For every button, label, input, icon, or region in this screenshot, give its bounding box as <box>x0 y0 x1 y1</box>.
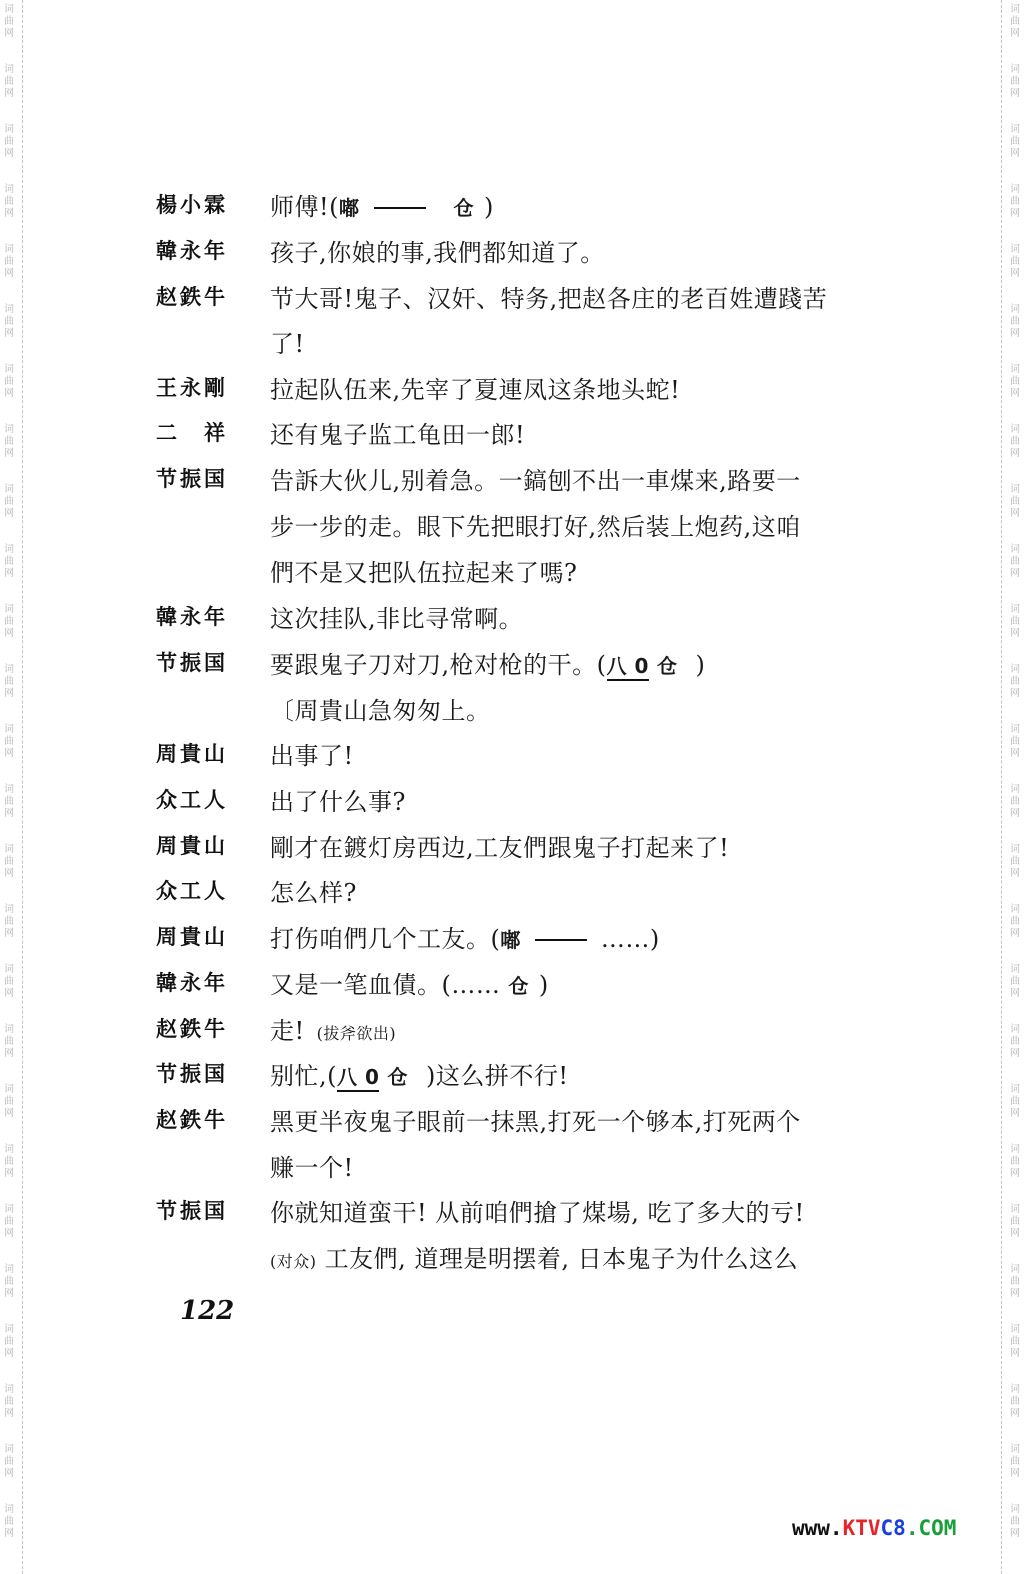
watermark-char: 网 <box>1006 268 1024 280</box>
watermark-char: 曲 <box>0 916 18 928</box>
watermark-char: 曲 <box>1006 616 1024 628</box>
percussion-cue: 仓 <box>657 654 678 678</box>
watermark-char: 网 <box>0 568 18 580</box>
watermark-char: 曲 <box>1006 496 1024 508</box>
watermark-char: 词 <box>0 64 18 76</box>
watermark-char: 词 <box>0 1444 18 1456</box>
watermark-char: 曲 <box>1006 436 1024 448</box>
watermark-char: 曲 <box>0 1276 18 1288</box>
watermark-text: 词曲网 <box>0 1084 18 1120</box>
watermark-char: 词 <box>1006 604 1024 616</box>
watermark-char: 网 <box>1006 148 1024 160</box>
watermark-char: 词 <box>0 1324 18 1336</box>
percussion-cue: 仓 <box>387 1065 408 1089</box>
watermark-char: 曲 <box>1006 136 1024 148</box>
watermark-char: 曲 <box>0 1396 18 1408</box>
watermark-text: 词曲网 <box>0 244 18 280</box>
watermark-char: 曲 <box>0 676 18 688</box>
dialogue-text: 了! <box>270 324 305 359</box>
dialogue-content: 剛才在鍍灯房西边,工友們跟鬼子打起来了! <box>270 834 729 862</box>
watermark-char: 网 <box>0 388 18 400</box>
dialogue-content: 师傅!( <box>270 193 339 221</box>
watermark-char: 网 <box>1006 1168 1024 1180</box>
watermark-char: 曲 <box>1006 196 1024 208</box>
watermark-text: 词曲网 <box>0 364 18 400</box>
watermark-char: 词 <box>1006 664 1024 676</box>
watermark-char: 网 <box>0 928 18 940</box>
watermark-char: 曲 <box>0 256 18 268</box>
watermark-char: 词 <box>0 904 18 916</box>
watermark-char: 网 <box>0 748 18 760</box>
stage-direction: (拔斧欲出) <box>317 1024 397 1043</box>
watermark-char: 网 <box>0 1048 18 1060</box>
watermark-text: 词曲网 <box>0 64 18 100</box>
watermark-text: 词曲网 <box>0 1444 18 1480</box>
watermark-text: 词曲网 <box>0 1384 18 1420</box>
watermark-text: 词曲网 <box>1006 244 1024 280</box>
watermark-char: 词 <box>1006 484 1024 496</box>
dialogue-content: 还有鬼子监工龟田一郎! <box>270 421 525 449</box>
watermark-char: 网 <box>0 868 18 880</box>
watermark-char: 曲 <box>0 436 18 448</box>
watermark-char: 网 <box>0 448 18 460</box>
watermark-char: 网 <box>1006 328 1024 340</box>
percussion-cue: 嘟 <box>339 196 360 220</box>
speaker-name: 赵鉄牛 <box>156 1013 246 1043</box>
watermark-char: 词 <box>1006 1324 1024 1336</box>
watermark-char: 词 <box>1006 1144 1024 1156</box>
dialogue-text: 节大哥!鬼子、汉奸、特务,把赵各庄的老百姓遭踐苦 <box>270 279 827 314</box>
watermark-text: 词曲网 <box>0 844 18 880</box>
watermark-char: 词 <box>0 724 18 736</box>
page-number: 122 <box>180 1296 234 1326</box>
watermark-char: 曲 <box>1006 1156 1024 1168</box>
watermark-text: 词曲网 <box>1006 364 1024 400</box>
watermark-char: 曲 <box>0 1096 18 1108</box>
dialogue-close: ) <box>484 193 494 221</box>
dialogue-close: ) <box>687 651 705 679</box>
watermark-char: 词 <box>0 184 18 196</box>
watermark-text: 词曲网 <box>1006 1324 1024 1360</box>
watermark-char: 曲 <box>1006 1096 1024 1108</box>
watermark-text: 词曲网 <box>0 4 18 40</box>
speaker-name: 众工人 <box>156 784 246 814</box>
watermark-text: 词曲网 <box>0 904 18 940</box>
watermark-char: 词 <box>1006 4 1024 16</box>
watermark-char: 网 <box>1006 208 1024 220</box>
speaker-name: 韓永年 <box>156 967 246 997</box>
dialogue-content: 工友們, 道理是明摆着, 日本鬼子为什么这么 <box>317 1245 799 1273</box>
watermark-char: 词 <box>0 844 18 856</box>
watermark-char: 词 <box>0 1024 18 1036</box>
watermark-text: 词曲网 <box>0 124 18 160</box>
watermark-char: 曲 <box>1006 1396 1024 1408</box>
watermark-char: 词 <box>1006 544 1024 556</box>
watermark-char: 曲 <box>1006 976 1024 988</box>
watermark-char: 曲 <box>1006 1456 1024 1468</box>
watermark-text: 词曲网 <box>1006 304 1024 340</box>
watermark-char: 词 <box>1006 124 1024 136</box>
watermark-char: 曲 <box>1006 1216 1024 1228</box>
watermark-char: 网 <box>1006 748 1024 760</box>
watermark-text: 词曲网 <box>1006 604 1024 640</box>
speaker-name: 赵鉄牛 <box>156 281 246 311</box>
watermark-char: 网 <box>1006 1468 1024 1480</box>
speaker-name: 楊小霖 <box>156 189 246 219</box>
watermark-text: 词曲网 <box>0 184 18 220</box>
watermark-text: 词曲网 <box>1006 484 1024 520</box>
watermark-char: 网 <box>0 328 18 340</box>
watermark-text: 词曲网 <box>0 1264 18 1300</box>
speaker-name: 赵鉄牛 <box>156 1104 246 1134</box>
watermark-char: 词 <box>0 604 18 616</box>
dialogue-content: 出了什么事? <box>270 788 406 816</box>
dialogue-text: 步一步的走。眼下先把眼打好,然后装上炮药,这咱 <box>270 507 801 542</box>
dialogue-text: 别忙,(八 0仓 )这么拼不行! <box>270 1056 569 1091</box>
watermark-char: 词 <box>0 4 18 16</box>
watermark-text: 词曲网 <box>1006 1384 1024 1420</box>
speaker-name: 二 祥 <box>156 417 246 447</box>
speaker-name: 韓永年 <box>156 601 246 631</box>
watermark-text: 词曲网 <box>0 784 18 820</box>
watermark-char: 网 <box>1006 1348 1024 1360</box>
watermark-text: 词曲网 <box>1006 184 1024 220</box>
watermark-char: 词 <box>1006 1204 1024 1216</box>
dialogue-text: 孩子,你娘的事,我們都知道了。 <box>270 233 605 268</box>
watermark-char: 网 <box>0 688 18 700</box>
dialogue-close: )这么拼不行! <box>418 1062 569 1090</box>
watermark-char: 曲 <box>0 316 18 328</box>
watermark-char: 词 <box>1006 964 1024 976</box>
watermark-char: 网 <box>0 628 18 640</box>
watermark-text: 词曲网 <box>0 664 18 700</box>
watermark-char: 曲 <box>1006 316 1024 328</box>
watermark-text: 词曲网 <box>0 484 18 520</box>
watermark-char: 曲 <box>0 1036 18 1048</box>
watermark-text: 词曲网 <box>1006 964 1024 1000</box>
watermark-char: 曲 <box>0 736 18 748</box>
dialogue-text: 出了什么事? <box>270 782 406 817</box>
dialogue-content: 要跟鬼子刀对刀,枪对枪的干。( <box>270 651 607 679</box>
watermark-char: 曲 <box>0 376 18 388</box>
watermark-char: 词 <box>0 1264 18 1276</box>
dialogue-text: 〔周貴山急匆匆上。 <box>270 691 491 726</box>
watermark-text: 词曲网 <box>1006 1084 1024 1120</box>
watermark-text: 词曲网 <box>1006 904 1024 940</box>
watermark-text: 词曲网 <box>0 964 18 1000</box>
watermark-char: 词 <box>1006 244 1024 256</box>
watermark-char: 词 <box>1006 1084 1024 1096</box>
watermark-char: 网 <box>0 1228 18 1240</box>
watermark-char: 词 <box>1006 1444 1024 1456</box>
watermark-char: 网 <box>0 988 18 1000</box>
watermark-char: 词 <box>1006 1264 1024 1276</box>
dialogue-text: 这次挂队,非比寻常啊。 <box>270 599 523 634</box>
dialogue-content: 告訴大伙儿,别着急。一鎬刨不出一車煤来,路要一 <box>270 467 801 495</box>
dialogue-text: (对众) 工友們, 道理是明摆着, 日本鬼子为什么这么 <box>270 1239 798 1274</box>
dialogue-content: 怎么样? <box>270 879 357 907</box>
watermark-char: 曲 <box>1006 856 1024 868</box>
percussion-cue-underlined: 八 0 <box>337 1065 379 1092</box>
watermark-text: 词曲网 <box>1006 784 1024 820</box>
watermark-char: 曲 <box>1006 376 1024 388</box>
dialogue-content: 了! <box>270 330 305 358</box>
speaker-name: 节振国 <box>156 647 246 677</box>
watermark-char: 网 <box>0 268 18 280</box>
dialogue-content: 打伤咱們几个工友。( <box>270 925 500 953</box>
watermark-char: 曲 <box>0 136 18 148</box>
watermark-char: 网 <box>0 508 18 520</box>
watermark-char: 网 <box>1006 1108 1024 1120</box>
speaker-name: 周貴山 <box>156 921 246 951</box>
speaker-name: 众工人 <box>156 875 246 905</box>
dialogue-content: 黑更半夜鬼子眼前一抹黑,打死一个够本,打死两个 <box>270 1108 801 1136</box>
watermark-text: 词曲网 <box>1006 544 1024 580</box>
dialogue-text: 黑更半夜鬼子眼前一抹黑,打死一个够本,打死两个 <box>270 1102 801 1137</box>
dialogue-content: 又是一笔血債。(…… <box>270 971 500 999</box>
dialogue-content: 們不是又把队伍拉起来了嗎? <box>270 559 577 587</box>
dialogue-content: 你就知道蛮干! 从前咱們搶了煤場, 吃了多大的亏! <box>270 1199 805 1227</box>
speaker-name: 节振国 <box>156 463 246 493</box>
watermark-char: 曲 <box>1006 676 1024 688</box>
dialogue-text: 师傅!(嘟仓) <box>270 187 494 222</box>
watermark-char: 曲 <box>1006 1276 1024 1288</box>
dialogue-content: 步一步的走。眼下先把眼打好,然后装上炮药,这咱 <box>270 513 801 541</box>
dialogue-content: 走! <box>270 1017 305 1045</box>
watermark-char: 词 <box>0 304 18 316</box>
watermark-char: 曲 <box>0 1336 18 1348</box>
dialogue-content: 孩子,你娘的事,我們都知道了。 <box>270 239 605 267</box>
watermark-text: 词曲网 <box>1006 124 1024 160</box>
watermark-char: 曲 <box>1006 1036 1024 1048</box>
watermark-char: 词 <box>0 784 18 796</box>
watermark-char: 词 <box>1006 1504 1024 1516</box>
watermark-char: 网 <box>1006 388 1024 400</box>
dialogue-text: 剛才在鍍灯房西边,工友們跟鬼子打起来了! <box>270 828 729 863</box>
watermark-text: 词曲网 <box>1006 844 1024 880</box>
watermark-text: 词曲网 <box>1006 1024 1024 1060</box>
watermark-char: 网 <box>1006 448 1024 460</box>
dialogue-content: 赚一个! <box>270 1154 354 1182</box>
watermark-char: 网 <box>0 1468 18 1480</box>
dialogue-text: 們不是又把队伍拉起来了嗎? <box>270 553 577 588</box>
watermark-char: 曲 <box>0 556 18 568</box>
watermark-text: 词曲网 <box>0 304 18 340</box>
watermark-char: 网 <box>1006 628 1024 640</box>
dialogue-content: 这次挂队,非比寻常啊。 <box>270 605 523 633</box>
speaker-name: 周貴山 <box>156 738 246 768</box>
watermark-text: 词曲网 <box>0 604 18 640</box>
watermark-char: 网 <box>0 208 18 220</box>
watermark-char: 曲 <box>0 1156 18 1168</box>
watermark-char: 网 <box>0 1108 18 1120</box>
watermark-text: 词曲网 <box>1006 1144 1024 1180</box>
dialogue-content: 别忙,( <box>270 1062 337 1090</box>
speaker-name: 韓永年 <box>156 235 246 265</box>
watermark-text: 词曲网 <box>1006 4 1024 40</box>
watermark-char: 曲 <box>0 616 18 628</box>
watermark-char: 词 <box>0 424 18 436</box>
watermark-char: 曲 <box>1006 256 1024 268</box>
watermark-text: 词曲网 <box>0 1324 18 1360</box>
dialogue-text: 打伤咱們几个工友。(嘟……) <box>270 919 660 954</box>
watermark-char: 曲 <box>0 76 18 88</box>
watermark-char: 曲 <box>0 856 18 868</box>
watermark-char: 网 <box>1006 1528 1024 1540</box>
dialogue-text: 又是一笔血債。(……仓) <box>270 965 549 1000</box>
watermark-char: 词 <box>1006 784 1024 796</box>
watermark-char: 曲 <box>0 796 18 808</box>
watermark-char: 词 <box>1006 1384 1024 1396</box>
watermark-char: 网 <box>1006 508 1024 520</box>
watermark-text: 词曲网 <box>1006 1204 1024 1240</box>
watermark-text: 词曲网 <box>1006 1504 1024 1540</box>
watermark-text: 词曲网 <box>0 1204 18 1240</box>
watermark-char: 网 <box>1006 688 1024 700</box>
watermark-text: 词曲网 <box>1006 724 1024 760</box>
watermark-text: 词曲网 <box>0 1024 18 1060</box>
dialogue-content: 节大哥!鬼子、汉奸、特务,把赵各庄的老百姓遭踐苦 <box>270 285 827 313</box>
dialogue-text: 出事了! <box>270 736 354 771</box>
right-margin-watermark: 词曲网词曲网词曲网词曲网词曲网词曲网词曲网词曲网词曲网词曲网词曲网词曲网词曲网词… <box>1001 0 1024 1574</box>
watermark-text: 词曲网 <box>1006 1444 1024 1480</box>
watermark-char: 曲 <box>0 196 18 208</box>
percussion-cue: 仓 <box>454 196 475 220</box>
watermark-char: 词 <box>0 1084 18 1096</box>
watermark-char: 网 <box>0 148 18 160</box>
dialogue-text: 你就知道蛮干! 从前咱們搶了煤場, 吃了多大的亏! <box>270 1193 805 1228</box>
watermark-char: 曲 <box>1006 736 1024 748</box>
site-watermark-link[interactable]: www.KTVC8.COM <box>792 1516 956 1540</box>
watermark-char: 词 <box>0 1384 18 1396</box>
watermark-text: 词曲网 <box>0 424 18 460</box>
watermark-char: 词 <box>1006 724 1024 736</box>
percussion-cue-underlined: 八 0 <box>607 654 649 681</box>
watermark-char: 词 <box>1006 64 1024 76</box>
watermark-char: 词 <box>0 364 18 376</box>
dialogue-close: ) <box>539 971 549 999</box>
watermark-char: 词 <box>0 544 18 556</box>
dialogue-text: 还有鬼子监工龟田一郎! <box>270 415 525 450</box>
watermark-char: 词 <box>1006 424 1024 436</box>
watermark-char: 词 <box>1006 1024 1024 1036</box>
dialogue-text: 赚一个! <box>270 1148 354 1183</box>
watermark-char: 网 <box>0 1168 18 1180</box>
watermark-char: 曲 <box>0 976 18 988</box>
watermark-char: 曲 <box>0 16 18 28</box>
watermark-text: 词曲网 <box>0 544 18 580</box>
dash-rule <box>535 939 587 941</box>
watermark-char: 曲 <box>1006 76 1024 88</box>
watermark-char: 网 <box>1006 808 1024 820</box>
speaker-name: 王永剛 <box>156 372 246 402</box>
watermark-char: 网 <box>1006 28 1024 40</box>
speaker-name: 节振国 <box>156 1058 246 1088</box>
dialogue-content: 拉起队伍来,先宰了夏連凤这条地头蛇! <box>270 376 680 404</box>
watermark-char: 词 <box>1006 904 1024 916</box>
watermark-char: 词 <box>1006 304 1024 316</box>
watermark-text: 词曲网 <box>1006 1264 1024 1300</box>
watermark-char: 词 <box>0 964 18 976</box>
speaker-name: 节振国 <box>156 1195 246 1225</box>
watermark-char: 词 <box>0 664 18 676</box>
watermark-char: 曲 <box>0 1456 18 1468</box>
dialogue-tail: ……) <box>601 925 660 953</box>
dialogue-content: 出事了! <box>270 742 354 770</box>
watermark-char: 网 <box>1006 88 1024 100</box>
site-part-com: .COM <box>906 1516 957 1540</box>
watermark-char: 网 <box>0 1528 18 1540</box>
watermark-char: 词 <box>0 484 18 496</box>
watermark-char: 网 <box>1006 1228 1024 1240</box>
watermark-char: 网 <box>1006 1408 1024 1420</box>
watermark-char: 网 <box>0 808 18 820</box>
dialogue-text: 告訴大伙儿,别着急。一鎬刨不出一車煤来,路要一 <box>270 461 801 496</box>
watermark-text: 词曲网 <box>1006 664 1024 700</box>
watermark-char: 网 <box>0 1348 18 1360</box>
watermark-char: 曲 <box>1006 916 1024 928</box>
dialogue-content: 〔周貴山急匆匆上。 <box>270 697 491 725</box>
watermark-char: 曲 <box>0 496 18 508</box>
watermark-char: 网 <box>1006 868 1024 880</box>
watermark-char: 曲 <box>1006 796 1024 808</box>
watermark-char: 曲 <box>1006 16 1024 28</box>
dialogue-text: 拉起队伍来,先宰了夏連凤这条地头蛇! <box>270 370 680 405</box>
watermark-char: 网 <box>1006 928 1024 940</box>
watermark-char: 网 <box>1006 1048 1024 1060</box>
watermark-char: 词 <box>0 124 18 136</box>
percussion-cue: 仓 <box>508 974 529 998</box>
watermark-char: 曲 <box>1006 556 1024 568</box>
percussion-cue: 嘟 <box>500 928 521 952</box>
watermark-char: 网 <box>1006 568 1024 580</box>
watermark-char: 曲 <box>0 1516 18 1528</box>
watermark-char: 词 <box>1006 184 1024 196</box>
dash-rule <box>374 207 426 209</box>
watermark-char: 词 <box>0 1504 18 1516</box>
watermark-char: 曲 <box>0 1216 18 1228</box>
watermark-char: 网 <box>0 1408 18 1420</box>
dialogue-text: 走!(拔斧欲出) <box>270 1011 396 1046</box>
site-part-ktv: KTV <box>843 1516 881 1540</box>
watermark-char: 词 <box>0 244 18 256</box>
watermark-char: 词 <box>0 1144 18 1156</box>
watermark-char: 网 <box>1006 1288 1024 1300</box>
watermark-text: 词曲网 <box>0 1504 18 1540</box>
watermark-char: 网 <box>1006 988 1024 1000</box>
stage-direction: (对众) <box>270 1252 317 1271</box>
watermark-char: 网 <box>0 1288 18 1300</box>
watermark-char: 曲 <box>1006 1336 1024 1348</box>
watermark-text: 词曲网 <box>0 1144 18 1180</box>
dialogue-text: 要跟鬼子刀对刀,枪对枪的干。(八 0仓 ) <box>270 645 705 680</box>
speaker-name: 周貴山 <box>156 830 246 860</box>
watermark-char: 网 <box>0 28 18 40</box>
watermark-char: 曲 <box>1006 1516 1024 1528</box>
watermark-text: 词曲网 <box>1006 64 1024 100</box>
dialogue-text: 怎么样? <box>270 873 357 908</box>
watermark-char: 词 <box>1006 364 1024 376</box>
watermark-char: 词 <box>1006 844 1024 856</box>
watermark-char: 网 <box>0 88 18 100</box>
left-margin-watermark: 词曲网词曲网词曲网词曲网词曲网词曲网词曲网词曲网词曲网词曲网词曲网词曲网词曲网词… <box>0 0 23 1574</box>
watermark-text: 词曲网 <box>0 724 18 760</box>
site-part-c8: C8 <box>881 1516 906 1540</box>
watermark-text: 词曲网 <box>1006 424 1024 460</box>
site-part-www: www. <box>792 1516 843 1540</box>
watermark-char: 词 <box>0 1204 18 1216</box>
